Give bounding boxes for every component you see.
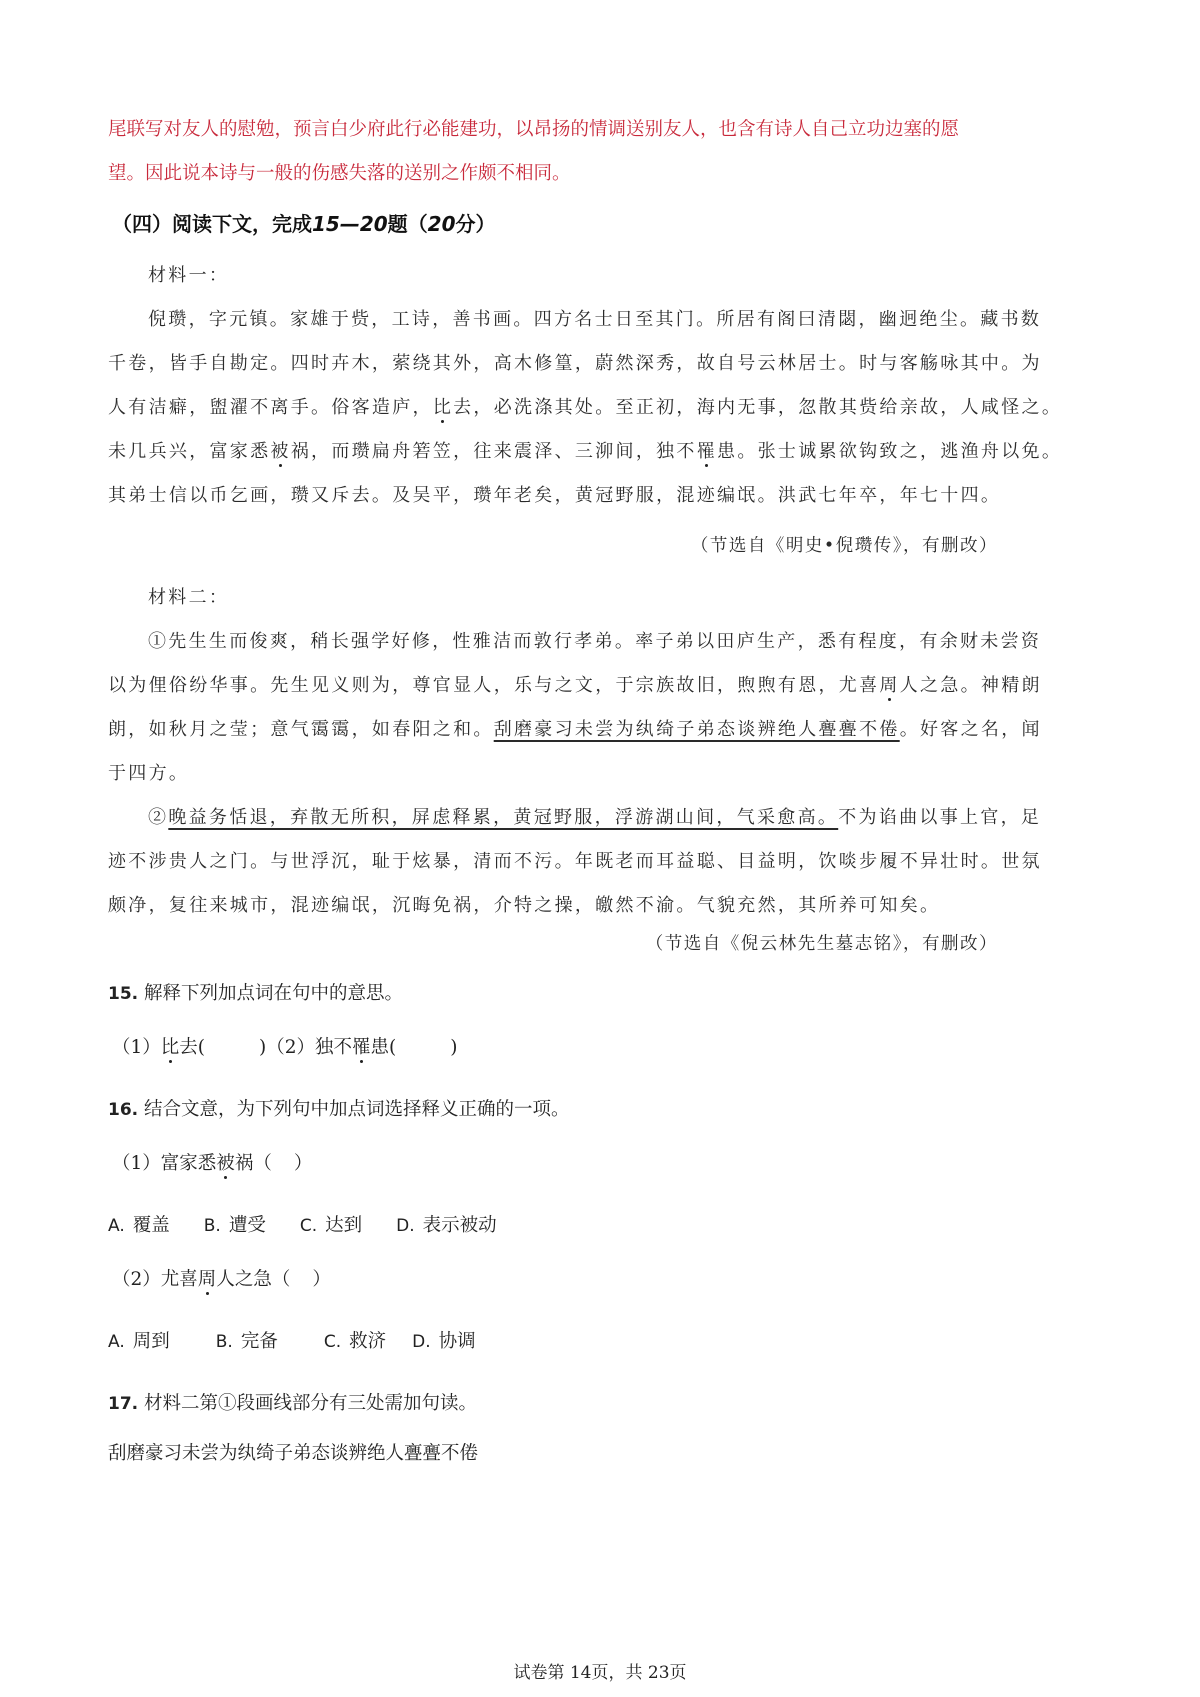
material-1-line: 人有洁癖，盥濯不离手。俗客造庐，比去，必洗涤其处。至正初，海内无事，忽散其赀给亲… [108,394,1062,422]
material-2-label: 材料二： [148,584,229,612]
material-2-line: 朗，如秋月之莹；意气霭霭，如春阳之和。刮磨豪习未尝为纨绮子弟态谈辨绝人亹亹不倦。… [108,716,1042,744]
option-d[interactable]: D.协调 [412,1328,476,1356]
question-number: 15. [108,984,138,1004]
question-16: 16. 结合文意，为下列句中加点词选择释义正确的一项。 [108,1096,570,1124]
section-title-range: 15—20 [312,212,388,236]
dotted-word: 被 [270,441,290,462]
question-text: 材料二第①段画线部分有三处需加句读。 [144,1393,477,1414]
dotted-word: 被 [216,1153,235,1174]
material-2-source: （节选自《倪云林先生墓志铭》，有删改） [646,930,998,958]
question-16-sub-1: （1）富家悉被祸（） [112,1150,312,1178]
material-1-source: （节选自《明史•倪瓒传》，有删改） [691,532,998,560]
dotted-word: 罹 [697,441,717,462]
option-b[interactable]: B.完备 [216,1328,278,1356]
material-1-line: 未几兵兴，富家悉被祸，而瓒扁舟箬笠，往来震泽、三泖间，独不罹患。张士诚累欲钩致之… [108,438,1062,466]
question-16-sub-2: （2）尤喜周人之急（） [112,1266,331,1294]
exam-page: 尾联写对友人的慰勉，预言白少府此行必能建功，以昂扬的情调送别友人，也含有诗人自己… [0,0,1200,1697]
answer-text-line-2: 望。因此说本诗与一般的伤感失落的送别之作颇不相同。 [108,160,571,188]
material-2-line: 于四方。 [108,760,189,788]
dotted-word: 罹 [352,1037,371,1058]
material-1-line: 千卷，皆手自勘定。四时卉木，萦绕其外，高木修篁，蔚然深秀，故自号云林居士。时与客… [108,350,1042,378]
question-15-items: （1）比去()（2）独不罹患() [112,1034,457,1062]
material-2-line: 迹不涉贵人之门。与世浮沉，耻于炫暴，清而不污。年既老而耳益聪、目益明，饮啖步履不… [108,848,1042,876]
page-footer: 试卷第 14页，共 23页 [0,1658,1200,1683]
option-a[interactable]: A.周到 [108,1328,170,1356]
option-d[interactable]: D.表示被动 [396,1212,497,1240]
question-17-sentence: 刮磨豪习未尝为纨绮子弟态谈辨绝人亹亹不倦 [108,1440,478,1468]
answer-text-line-1: 尾联写对友人的慰勉，预言白少府此行必能建功，以昂扬的情调送别友人，也含有诗人自己… [108,116,959,144]
option-c[interactable]: C.救济 [324,1328,386,1356]
underlined-passage: 晚益务恬退，弃散无所积，屏虑释累，黄冠野服，浮游湖山间，气采愈高。 [168,807,838,828]
option-c[interactable]: C.达到 [300,1212,362,1240]
material-2-line: ①先生生而俊爽，稍长强学好修，性雅洁而敦行孝弟。率子弟以田庐生产，悉有程度，有余… [148,628,1041,656]
material-1-line: 倪瓒，字元镇。家雄于赀，工诗，善书画。四方名士日至其门。所居有阁曰清閟，幽迥绝尘… [148,306,1041,334]
question-text: 解释下列加点词在句中的意思。 [144,983,403,1004]
section-title-mid: 题（ [388,212,428,236]
material-1-label: 材料一： [148,262,229,290]
material-2-line: 以为俚俗纷华事。先生见义则为，尊官显人，乐与之文，于宗族故旧，煦煦有恩，尤喜周人… [108,672,1042,700]
section-title-prefix: （四）阅读下文，完成 [112,212,312,236]
dotted-word: 周 [879,675,899,696]
section-title-points: 20 [428,212,456,236]
dotted-word: 周 [198,1269,217,1290]
option-b[interactable]: B.遭受 [204,1212,266,1240]
question-16-options-2: A.周到B.完备C.救济D.协调 [108,1328,510,1356]
dotted-word: 比 [161,1037,180,1058]
question-17: 17. 材料二第①段画线部分有三处需加句读。 [108,1390,477,1418]
question-15: 15. 解释下列加点词在句中的意思。 [108,980,403,1008]
question-number: 16. [108,1100,138,1120]
section-title-suffix: 分） [456,212,496,236]
underlined-passage: 刮磨豪习未尝为纨绮子弟态谈辨绝人亹亹不倦 [494,719,900,740]
section-title: （四）阅读下文，完成15—20题（20分） [112,210,496,238]
question-text: 结合文意，为下列句中加点词选择释义正确的一项。 [144,1099,570,1120]
material-2-line: ②晚益务恬退，弃散无所积，屏虑释累，黄冠野服，浮游湖山间，气采愈高。不为谄曲以事… [148,804,1041,832]
material-1-line: 其弟士信以币乞画，瓒又斥去。及吴平，瓒年老矣，黄冠野服，混迹编氓。洪武七年卒，年… [108,482,1001,510]
question-16-options-1: A.覆盖B.遭受C.达到D.表示被动 [108,1212,531,1240]
dotted-word: 比 [433,397,453,418]
question-number: 17. [108,1394,138,1414]
material-2-line: 颇净，复往来城市，混迹编氓，沉晦免祸，介特之操，皦然不渝。气貌充然，其所养可知矣… [108,892,940,920]
option-a[interactable]: A.覆盖 [108,1212,170,1240]
